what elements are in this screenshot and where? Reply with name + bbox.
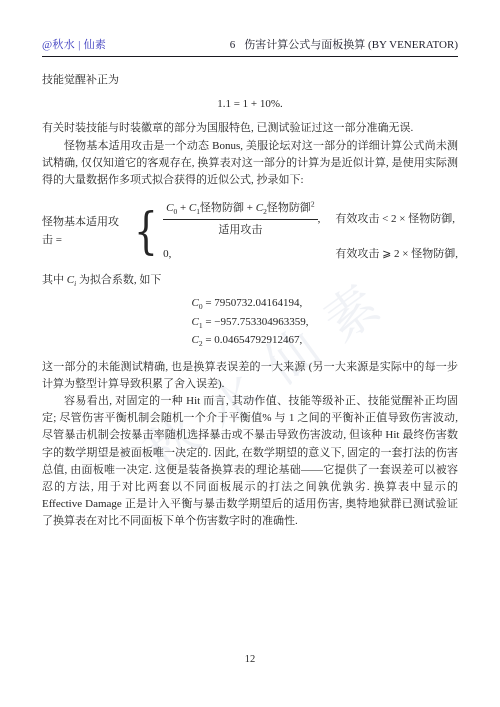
constants-block: C0 = 7950732.04164194, C1 = −957.7533049… <box>42 294 458 350</box>
section-number: 6 <box>230 39 236 51</box>
paragraph-coeff-intro: 其中 Ci 为拟合系数, 如下 <box>42 272 458 289</box>
paragraph-error-source: 这一部分的未能测试精确, 也是换算表误差的一大来源 (另一大来源是实际中的每一步… <box>42 359 458 393</box>
section-title: 伤害计算公式与面板换算 (BY VENERATOR) <box>244 39 458 51</box>
constant-row: C1 = −957.753304963359, <box>191 313 308 332</box>
constant-row: C2 = 0.04654792912467, <box>191 331 308 350</box>
page-number: 12 <box>0 654 500 665</box>
cases-grid: C0 + C1怪物防御 + C2怪物防御2 适用攻击 , 有效攻击 < 2 × … <box>163 200 458 263</box>
constant-value: = −957.753304963359, <box>203 316 309 328</box>
math-term: 怪物防御 <box>267 202 311 214</box>
math-op: + <box>177 202 189 214</box>
constants-align: C0 = 7950732.04164194, C1 = −957.7533049… <box>191 294 308 350</box>
math-var: C <box>256 202 263 214</box>
math-sup: 2 <box>311 200 315 209</box>
math-term: 怪物防御 <box>200 202 244 214</box>
paragraph-monster-bonus: 怪物基本适用攻击是一个动态 Bonus, 美服论坛对这一部分的详细计算公式尚未测… <box>42 138 458 190</box>
equation-awakening: 1.1 = 1 + 10%. <box>42 96 458 113</box>
math-var: C <box>67 274 74 286</box>
paragraph-conclusion: 容易看出, 对固定的一种 Hit 而言, 其动作值、技能等级补正、技能觉醒补正均… <box>42 393 458 531</box>
case-2-expression: 0, <box>163 246 320 263</box>
math-var: C <box>191 334 198 346</box>
case-2-condition: 有效攻击 ⩾ 2 × 怪物防御, <box>335 246 458 263</box>
constant-value: = 0.04654792912467, <box>203 334 303 346</box>
formula-lhs: 怪物基本适用攻击 = <box>42 214 127 248</box>
fraction-numerator: C0 + C1怪物防御 + C2怪物防御2 <box>163 200 317 220</box>
case-1-expression: C0 + C1怪物防御 + C2怪物防御2 适用攻击 , <box>163 200 320 239</box>
page-header: @秋水 | 仙素 6伤害计算公式与面板换算 (BY VENERATOR) <box>42 36 458 57</box>
cases-formula: 怪物基本适用攻击 = { C0 + C1怪物防御 + C2怪物防御2 适用攻击 … <box>42 200 458 263</box>
constant-value: = 7950732.04164194, <box>203 297 303 309</box>
constant-row: C0 = 7950732.04164194, <box>191 294 308 313</box>
page-content: @秋水 | 仙素 6伤害计算公式与面板换算 (BY VENERATOR) 技能觉… <box>42 36 458 531</box>
author-handle: @秋水 | 仙素 <box>42 36 106 52</box>
fraction-comma: , <box>318 211 321 228</box>
section-heading: 6伤害计算公式与面板换算 (BY VENERATOR) <box>230 36 458 52</box>
math-var: C <box>191 316 198 328</box>
math-var: C <box>191 297 198 309</box>
document-page: 秋水仙素 @秋水 | 仙素 6伤害计算公式与面板换算 (BY VENERATOR… <box>0 0 500 707</box>
cases-brace: { <box>134 209 158 254</box>
fraction: C0 + C1怪物防御 + C2怪物防御2 适用攻击 <box>163 200 317 239</box>
math-op: + <box>244 202 256 214</box>
paragraph-awakening-intro: 技能觉醒补正为 <box>42 72 458 89</box>
body-text: 技能觉醒补正为 1.1 = 1 + 10%. 有关时装技能与时装徽章的部分为国服… <box>42 72 458 531</box>
fraction-denominator: 适用攻击 <box>163 220 317 239</box>
coeff-intro-pre: 其中 <box>42 274 67 286</box>
paragraph-fashion-note: 有关时装技能与时装徽章的部分为国服特色, 已测试验证过这一部分准确无误. <box>42 120 458 137</box>
coeff-intro-post: 为拟合系数, 如下 <box>76 274 161 286</box>
case-1-condition: 有效攻击 < 2 × 怪物防御, <box>335 211 458 228</box>
